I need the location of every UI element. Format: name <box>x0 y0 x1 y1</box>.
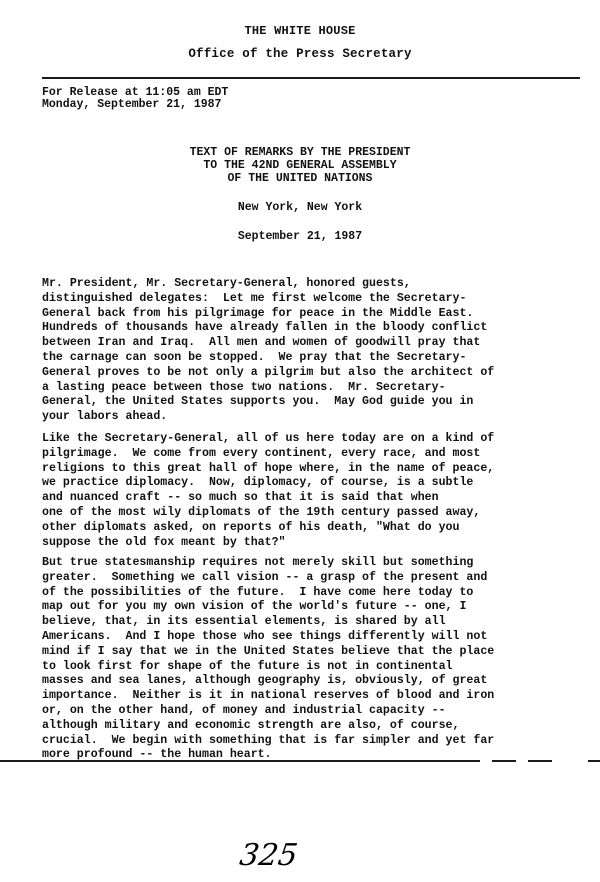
text-line: suppose the old fox meant by that?" <box>42 536 587 551</box>
speech-date: September 21, 1987 <box>0 230 600 243</box>
text-line: Americans. And I hope those who see thin… <box>42 630 587 645</box>
paragraph-2: Like the Secretary-General, all of us he… <box>42 432 587 550</box>
text-line: we practice diplomacy. Now, diplomacy, o… <box>42 476 587 491</box>
text-line: religions to this great hall of hope whe… <box>42 462 587 477</box>
text-line: Mr. President, Mr. Secretary-General, ho… <box>42 277 587 292</box>
letterhead-office: Office of the Press Secretary <box>0 47 600 61</box>
handwritten-page-number: 325 <box>238 838 300 873</box>
paragraph-1: Mr. President, Mr. Secretary-General, ho… <box>42 277 587 425</box>
paragraph-3: But true statesmanship requires not mere… <box>42 556 587 763</box>
footer-rule <box>0 760 600 762</box>
text-line: to look first for shape of the future is… <box>42 660 587 675</box>
text-line: of the possibilities of the future. I ha… <box>42 586 587 601</box>
text-line: or, on the other hand, of money and indu… <box>42 704 587 719</box>
text-line: General back from his pilgrimage for pea… <box>42 307 587 322</box>
text-line: importance. Neither is it in national re… <box>42 689 587 704</box>
speech-location: New York, New York <box>0 201 600 214</box>
text-line: other diplomats asked, on reports of his… <box>42 521 587 536</box>
text-line: mind if I say that we in the United Stat… <box>42 645 587 660</box>
text-line: your labors ahead. <box>42 410 587 425</box>
text-line: distinguished delegates: Let me first we… <box>42 292 587 307</box>
title-line: TO THE 42ND GENERAL ASSEMBLY <box>0 159 600 172</box>
text-line: crucial. We begin with something that is… <box>42 734 587 749</box>
text-line: pilgrimage. We come from every continent… <box>42 447 587 462</box>
text-line: General, the United States supports you.… <box>42 395 587 410</box>
text-line: masses and sea lanes, although geography… <box>42 674 587 689</box>
text-line: one of the most wily diplomats of the 19… <box>42 506 587 521</box>
header-rule <box>42 77 580 79</box>
title-line: TEXT OF REMARKS BY THE PRESIDENT <box>0 146 600 159</box>
text-line: Hundreds of thousands have already falle… <box>42 321 587 336</box>
letterhead-organization: THE WHITE HOUSE <box>0 24 600 38</box>
text-line: between Iran and Iraq. All men and women… <box>42 336 587 351</box>
release-date: Monday, September 21, 1987 <box>42 99 221 111</box>
text-line: the carnage can soon be stopped. We pray… <box>42 351 587 366</box>
text-line: although military and economic strength … <box>42 719 587 734</box>
title-line: OF THE UNITED NATIONS <box>0 172 600 185</box>
text-line: a lasting peace between those two nation… <box>42 381 587 396</box>
speech-title: TEXT OF REMARKS BY THE PRESIDENT TO THE … <box>0 146 600 185</box>
text-line: and nuanced craft -- so much so that it … <box>42 491 587 506</box>
text-line: greater. Something we call vision -- a g… <box>42 571 587 586</box>
text-line: believe, that, in its essential elements… <box>42 615 587 630</box>
text-line: But true statesmanship requires not mere… <box>42 556 587 571</box>
text-line: General proves to be not only a pilgrim … <box>42 366 587 381</box>
document-page: THE WHITE HOUSE Office of the Press Secr… <box>0 0 600 882</box>
text-line: map out for you my own vision of the wor… <box>42 600 587 615</box>
text-line: Like the Secretary-General, all of us he… <box>42 432 587 447</box>
